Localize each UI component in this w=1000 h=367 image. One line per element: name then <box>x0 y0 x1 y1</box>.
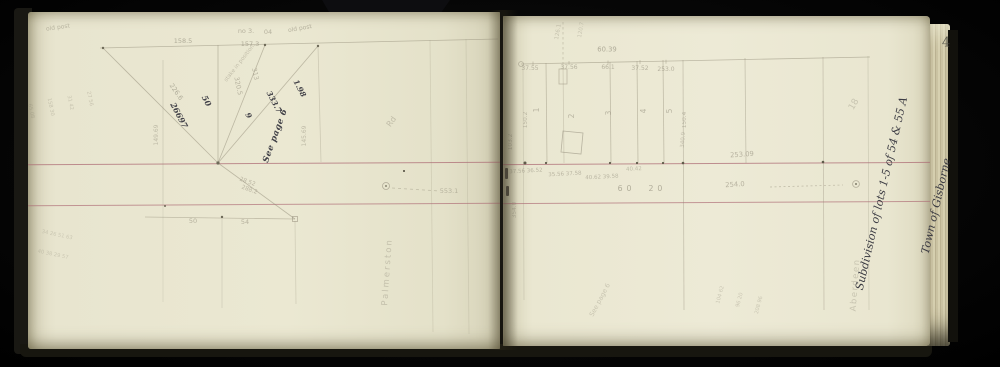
distance-253-09: 253.09 <box>730 150 754 160</box>
lot-number-2: 2 <box>567 114 577 119</box>
chainage-60-20: 60 20 <box>618 184 667 194</box>
edge-length-354-0: 354.0 <box>512 202 520 219</box>
binding-thread-mark <box>506 186 509 196</box>
paper-speck <box>403 170 405 172</box>
title-line-1: Subdivision of lots 1-5 of 54 & 55 A <box>851 95 914 292</box>
distance-553-1: 553.1 <box>440 187 459 195</box>
length-149-69: 149.69 <box>153 125 161 146</box>
scribble-line: 208 96 <box>754 296 765 315</box>
lot-number-3: 3 <box>604 111 614 116</box>
lot-number-5: 5 <box>665 109 675 114</box>
field-notebook-photo: old post no 3. 04 old post 158.5 157.3 s… <box>0 0 1000 367</box>
scribble-line: 96 20 <box>734 290 745 309</box>
lot-number-1: 1 <box>532 108 542 113</box>
right-page: 126.1 120.7 37.55 37.56 66.1 37.52 253.0… <box>503 16 930 346</box>
chainage-row-4: 40.42 <box>626 166 642 174</box>
distance-254-0: 254.0 <box>725 180 745 190</box>
scribble-line: 40 38 29 57 <box>37 248 69 261</box>
page-number: 4 <box>942 36 950 51</box>
binding-thread-mark <box>505 168 508 179</box>
top-measure-3: 66.1 <box>601 64 614 72</box>
top-measure-1: 37.55 <box>521 65 538 73</box>
edge-length-340-9: 340.9 <box>680 132 688 148</box>
left-survey-sketch-lines <box>28 12 500 349</box>
scribble-line: 31 42 <box>65 93 75 112</box>
lot-number-4: 4 <box>639 109 649 114</box>
top-measure-5: 253.0 <box>657 66 674 74</box>
edge-length-150-4: 150.4 <box>682 112 690 129</box>
above-line-60-39: 60.39 <box>597 46 616 55</box>
lot-50-label: 50 <box>189 217 197 225</box>
edge-length-103-2: 103.2 <box>508 134 516 151</box>
scribble-line: 65 08 <box>25 102 35 121</box>
scribble-line: 104 62 <box>715 285 726 304</box>
lot-54-label: 54 <box>241 218 249 226</box>
scribble-line: 34 26 51 63 <box>41 229 73 242</box>
station-no3-label: no 3. <box>238 27 254 35</box>
scribble-line: 158 30 <box>45 98 55 117</box>
top-measure-2: 37.56 <box>560 64 577 72</box>
distance-158-5: 158.5 <box>174 37 193 45</box>
ink-50: 50 <box>196 86 218 115</box>
ink-9: 9 <box>238 103 258 128</box>
title-line-2: Town of Gisborne <box>906 108 969 305</box>
left-page: old post no 3. 04 old post 158.5 157.3 s… <box>28 12 500 349</box>
length-145-69: 145.69 <box>301 126 309 147</box>
edge-length-150-2: 150.2 <box>523 112 531 129</box>
ink-1-98: 1.98 <box>290 76 310 101</box>
ink-26697: 26697 <box>168 101 190 130</box>
scribble-line: 27 56 <box>85 89 95 108</box>
station-04-label: 04 <box>264 28 272 36</box>
top-measure-4: 37.52 <box>631 65 648 73</box>
